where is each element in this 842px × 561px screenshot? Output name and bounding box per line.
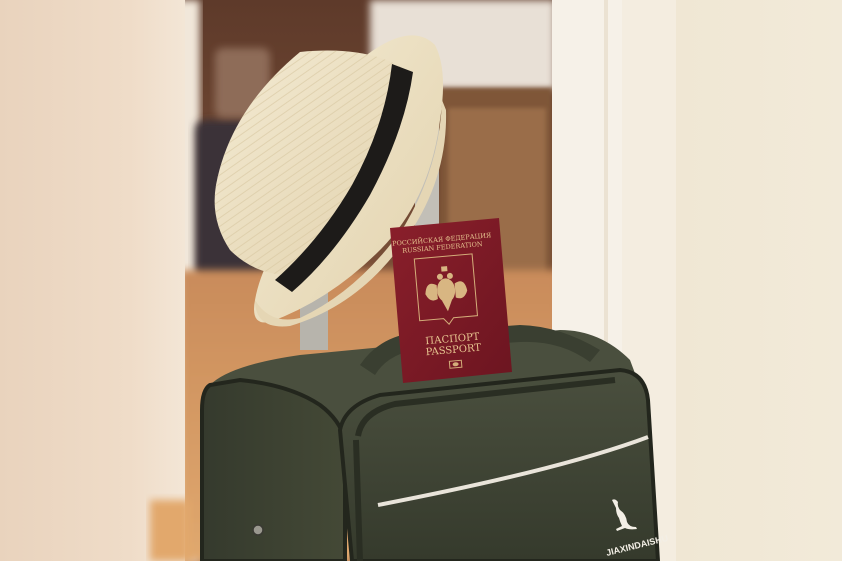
left-wall	[0, 0, 185, 561]
right-wall	[676, 0, 842, 561]
photo-canvas: JIAXINDAISHU РОССИЙСКАЯ ФЕДЕРАЦИЯ RUSSIA…	[0, 0, 842, 561]
passport: РОССИЙСКАЯ ФЕДЕРАЦИЯ RUSSIAN FEDERATION …	[390, 218, 512, 383]
photo-scene: JIAXINDAISHU РОССИЙСКАЯ ФЕДЕРАЦИЯ RUSSIA…	[0, 0, 842, 561]
